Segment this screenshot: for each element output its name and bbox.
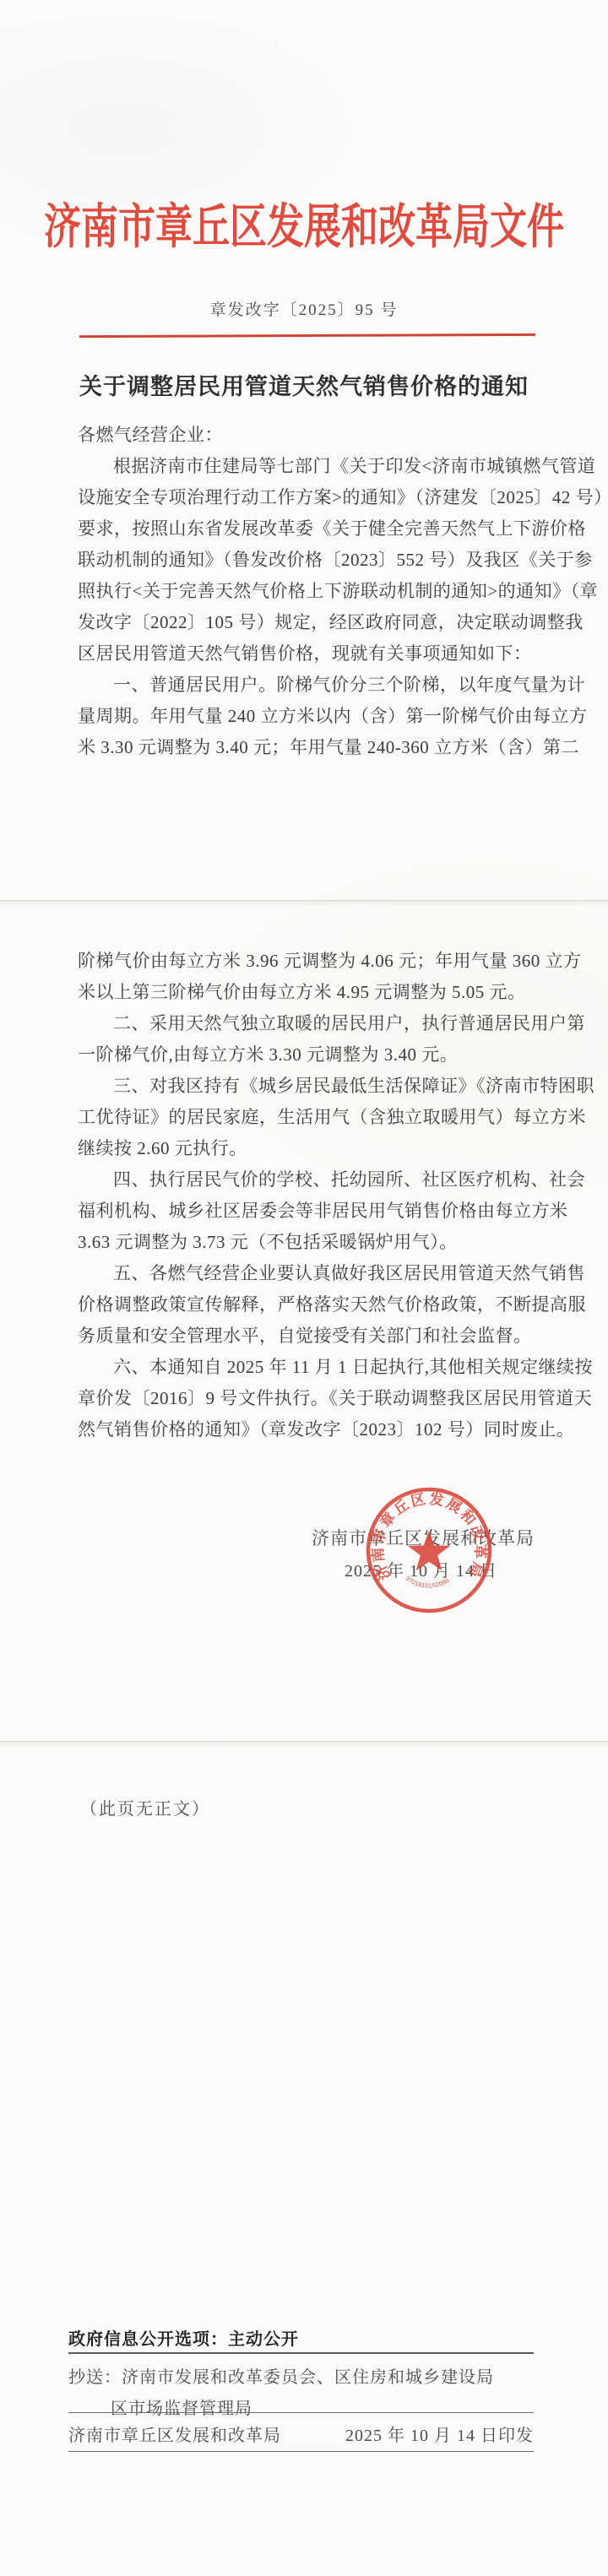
document-number: 章发改字〔2025〕95 号	[0, 297, 608, 320]
cc-recipients-line-2: 区市场监督管理局	[111, 2394, 252, 2419]
body-text-line: 发改字〔2022〕105 号）规定，经区政府同意，决定联动调整我	[78, 607, 551, 638]
body-text-line: 二、采用天然气独立取暖的居民用户，执行普通居民用户第	[78, 1008, 551, 1039]
print-info-row: 济南市章丘区发展和改革局 2025 年 10 月 14 日印发	[68, 2421, 534, 2446]
colophon-divider	[68, 2451, 534, 2452]
document-title: 关于调整居民用管道天然气销售价格的通知	[0, 368, 608, 401]
seal-graphic: 济南市章丘区发展和改革局 3701810152086	[365, 1486, 493, 1614]
colophon-divider	[68, 2412, 534, 2413]
body-text-line: 一阶梯气价,由每立方米 3.30 元调整为 3.40 元。	[78, 1039, 551, 1071]
body-text-line: 工优待证》的居民家庭，生活用气（含独立取暖用气）每立方米	[78, 1102, 551, 1133]
agency-header-title: 济南市章丘区发展和改革局文件	[0, 187, 608, 257]
body-text-line: 米 3.30 元调整为 3.40 元；年用气量 240-360 立方米（含）第二	[78, 732, 551, 763]
print-date: 2025 年 10 月 14 日印发	[345, 2421, 534, 2446]
seal-star-icon	[408, 1531, 450, 1571]
disclosure-option-line: 政府信息公开选项：主动公开	[68, 2325, 299, 2350]
printing-agency: 济南市章丘区发展和改革局	[68, 2421, 281, 2446]
body-text-line: 四、执行居民气价的学校、托幼园所、社区医疗机构、社会	[78, 1164, 551, 1196]
page1-body-text: 各燃气经营企业：根据济南市住建局等七部门《关于印发<济南市城镇燃气管道设施安全专…	[78, 420, 551, 763]
seal-number: 3701810152086	[404, 1575, 450, 1590]
cc-recipients-line-1: 抄送：济南市发展和改革委员会、区住房和城乡建设局	[68, 2363, 494, 2388]
body-text-line: 量周期。年用气量 240 立方米以内（含）第一阶梯气价由每立方	[78, 701, 551, 732]
body-text-line: 各燃气经营企业：	[78, 420, 551, 451]
body-text-line: 一、普通居民用户。阶梯气价分三个阶梯，以年度气量为计	[78, 670, 551, 701]
red-divider-rule	[79, 334, 535, 338]
page-boundary	[0, 1741, 608, 1742]
body-text-line: 继续按 2.60 元执行。	[78, 1133, 551, 1164]
body-text-line: 三、对我区持有《城乡居民最低生活保障证》《济南市特困职	[78, 1071, 551, 1102]
body-text-line: 阶梯气价由每立方米 3.96 元调整为 4.06 元；年用气量 360 立方	[78, 946, 551, 977]
body-text-line: 3.63 元调整为 3.73 元（不包括采暖锅炉用气）。	[78, 1227, 551, 1258]
page-boundary	[0, 900, 608, 901]
body-text-line: 五、各燃气经营企业要认真做好我区居民用管道天然气销售	[78, 1258, 551, 1289]
official-red-seal: 济南市章丘区发展和改革局 3701810152086	[365, 1486, 493, 1614]
body-text-line: 照执行<关于完善天然气价格上下游联动机制的通知>的通知》（章	[78, 576, 551, 607]
page2-body-text: 阶梯气价由每立方米 3.96 元调整为 4.06 元；年用气量 360 立方米以…	[78, 946, 551, 1445]
body-text-line: 联动机制的通知》（鲁发改价格〔2023〕552 号）及我区《关于参	[78, 545, 551, 576]
body-text-line: 然气销售价格的通知》（章发改字〔2023〕102 号）同时废止。	[78, 1414, 551, 1445]
body-text-line: 价格调整政策宣传解释，严格落实天然气价格政策，不断提高服	[78, 1289, 551, 1321]
official-document-scan: 济南市章丘区发展和改革局文件 章发改字〔2025〕95 号 关于调整居民用管道天…	[0, 0, 608, 2576]
body-text-line: 务质量和安全管理水平，自觉接受有关部门和社会监督。	[78, 1321, 551, 1352]
body-text-line: 根据济南市住建局等七部门《关于印发<济南市城镇燃气管道	[78, 451, 551, 482]
body-text-line: 章价发〔2016〕9 号文件执行。《关于联动调整我区居民用管道天	[78, 1383, 551, 1414]
body-text-line: 福利机构、城乡社区居委会等非居民用气销售价格由每立方米	[78, 1196, 551, 1227]
body-text-line: 区居民用管道天然气销售价格，现就有关事项通知如下：	[78, 638, 551, 670]
body-text-line: 要求，按照山东省发展改革委《关于健全完善天然气上下游价格	[78, 513, 551, 545]
no-body-text-note: （此页无正文）	[80, 1795, 210, 1819]
colophon-divider	[68, 2352, 534, 2354]
body-text-line: 米以上第三阶梯气价由每立方米 4.95 元调整为 5.05 元。	[78, 977, 551, 1008]
body-text-line: 设施安全专项治理行动工作方案>的通知》（济建发〔2025〕42 号）	[78, 482, 551, 513]
body-text-line: 六、本通知自 2025 年 11 月 1 日起执行,其他相关规定继续按	[78, 1352, 551, 1383]
